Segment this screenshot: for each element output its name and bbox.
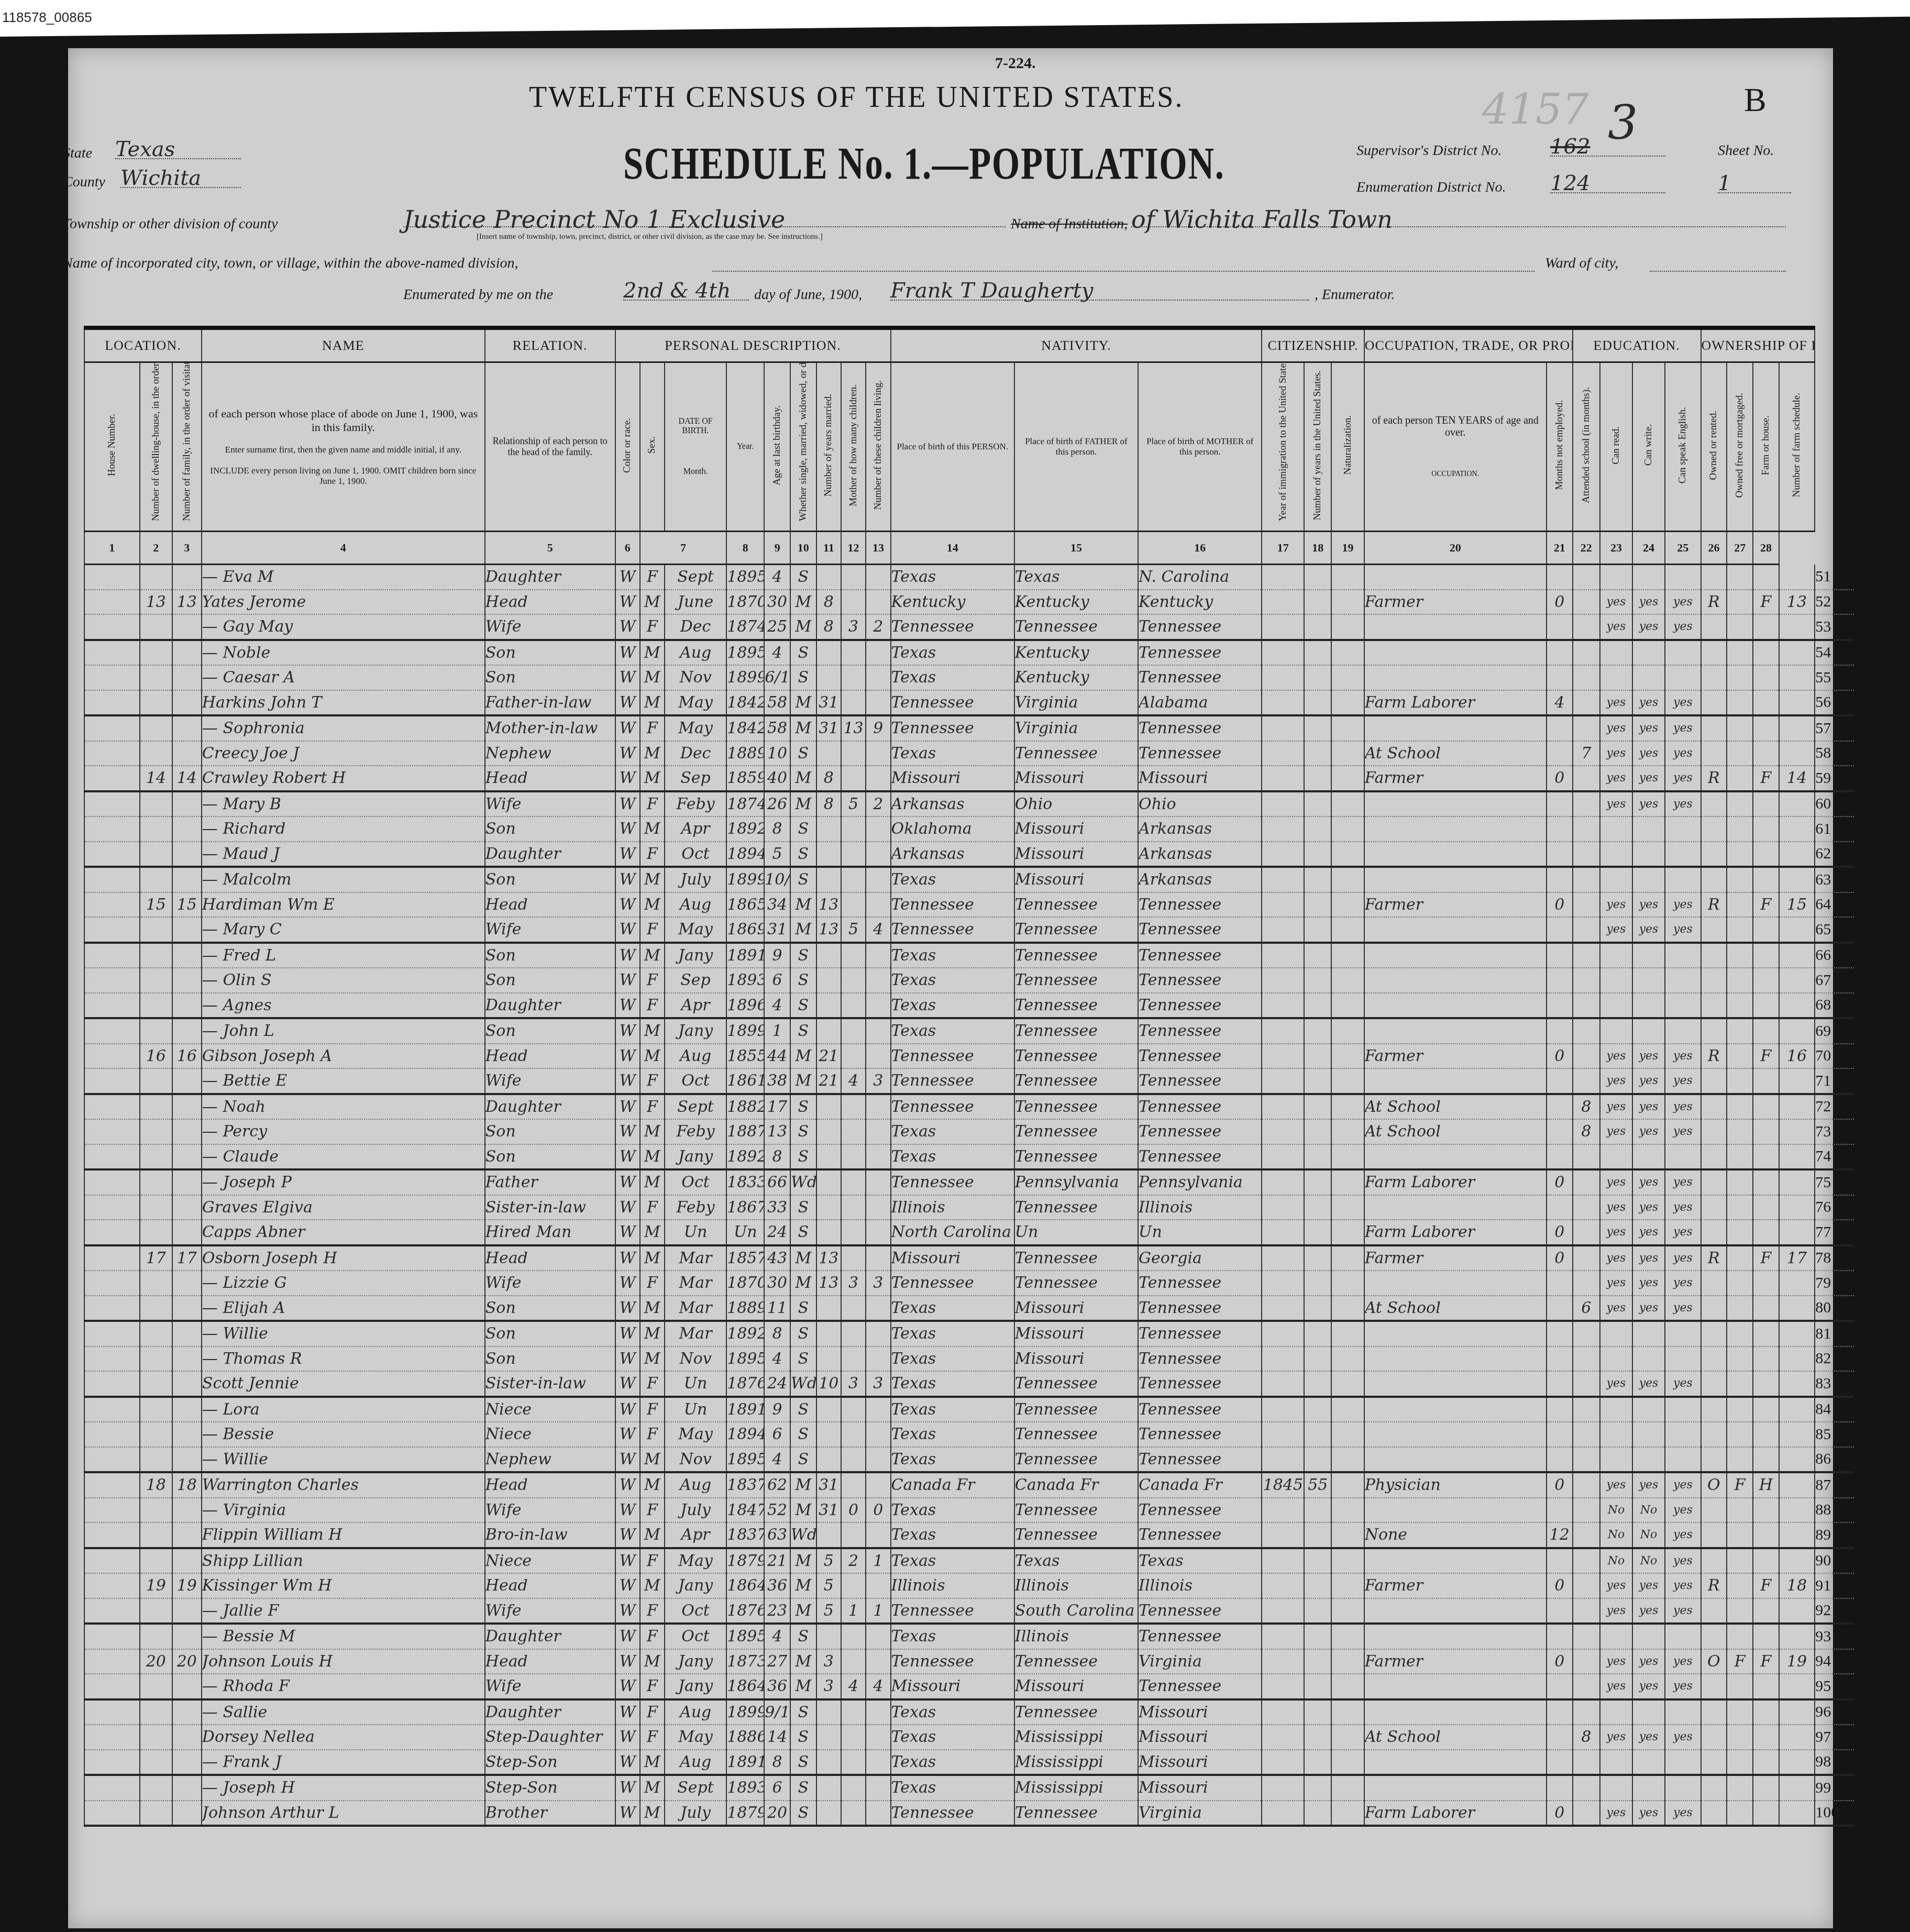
table-row: Creecy Joe JNephewWMDec188910STexasTenne… <box>84 741 1854 766</box>
cell-birth-mother: Tennessee <box>1138 1371 1262 1397</box>
county-field[interactable]: Wichita <box>120 166 241 188</box>
cell-mother-of <box>841 1346 866 1372</box>
cell-mother-of <box>841 968 866 993</box>
cell-write <box>1632 1397 1665 1422</box>
cell-mother-of <box>841 892 866 918</box>
cell-own <box>1701 565 1727 590</box>
cell-name: — Claude <box>202 1144 485 1170</box>
cell-natur <box>1331 1371 1364 1397</box>
cell-color: W <box>615 1750 640 1775</box>
cell-living <box>866 867 890 892</box>
cell-farm-no <box>1779 640 1815 666</box>
cell-marital: M <box>790 1044 816 1069</box>
cell-living <box>866 1245 890 1271</box>
cell-own <box>1701 1801 1727 1826</box>
cell-mother-of <box>841 1422 866 1447</box>
cell-name: — Jallie F <box>202 1598 485 1624</box>
cell-yrs-married <box>816 1624 841 1649</box>
corner-letter: B <box>1744 81 1767 119</box>
cell-immig: 1845 <box>1262 1472 1304 1498</box>
cell-yrs-us <box>1304 1649 1331 1674</box>
cell-birth-mother: Tennessee <box>1138 1624 1262 1649</box>
cell-birth-father: Tennessee <box>1014 892 1138 918</box>
cell-farm-no <box>1779 1472 1815 1498</box>
line-number: 94 <box>1815 1649 1854 1674</box>
cell-marital: S <box>790 993 816 1019</box>
cell-school <box>1573 1750 1600 1775</box>
cell-birth-father: Mississippi <box>1014 1775 1138 1801</box>
cell-yrs-us <box>1304 1245 1331 1271</box>
cell-house <box>84 1725 140 1750</box>
cell-family <box>172 1346 202 1372</box>
cell-mother-of <box>841 1649 866 1674</box>
line-number: 56 <box>1815 690 1854 716</box>
cell-farm: F <box>1753 1649 1779 1674</box>
cell-read: yes <box>1600 614 1632 640</box>
cell-dwelling: 13 <box>140 590 172 615</box>
cell-year: 1894 <box>726 1422 764 1447</box>
cell-read <box>1600 1018 1632 1044</box>
cell-birth-mother: Missouri <box>1138 766 1262 791</box>
cell-occupation: At School <box>1364 1119 1547 1144</box>
cell-birth-mother: N. Carolina <box>1138 565 1262 590</box>
cell-yrs-us <box>1304 1068 1331 1094</box>
cell-yrs-married <box>816 1220 841 1245</box>
cell-occupation <box>1364 917 1547 943</box>
cell-month: Sept <box>665 1094 726 1120</box>
col-birth-father: Place of birth of FATHER of this person. <box>1014 362 1138 532</box>
cell-unemployed <box>1547 741 1573 766</box>
cell-unemployed: 0 <box>1547 1649 1573 1674</box>
cell-birth-father: Texas <box>1014 1548 1138 1574</box>
cell-age: 24 <box>764 1371 790 1397</box>
cell-birth-mother: Tennessee <box>1138 640 1262 666</box>
cell-month: May <box>665 690 726 716</box>
cell-unemployed <box>1547 1296 1573 1321</box>
cell-farm <box>1753 1548 1779 1574</box>
cell-year: 1899 <box>726 665 764 690</box>
enumerated-days-field[interactable]: 2nd & 4th <box>623 279 749 301</box>
cell-read: yes <box>1600 1649 1632 1674</box>
cell-sex: M <box>640 1220 665 1245</box>
cell-farm <box>1753 1321 1779 1346</box>
cell-color: W <box>615 1220 640 1245</box>
cell-month: Apr <box>665 816 726 842</box>
cell-farm <box>1753 842 1779 867</box>
cell-write <box>1632 1775 1665 1801</box>
table-row: 2020Johnson Louis HHeadWMJany187327M3Ten… <box>84 1649 1854 1674</box>
cell-family <box>172 565 202 590</box>
cell-birth-person: Illinois <box>891 1195 1014 1220</box>
cell-occupation <box>1364 816 1547 842</box>
cell-sex: M <box>640 1144 665 1170</box>
cell-sex: F <box>640 715 665 741</box>
cell-write: yes <box>1632 1674 1665 1699</box>
column-number: 14 <box>891 532 1014 565</box>
cell-natur <box>1331 1447 1364 1473</box>
cell-living: 9 <box>866 715 890 741</box>
cell-write: yes <box>1632 1044 1665 1069</box>
cell-year: 1899 <box>726 1699 764 1725</box>
cell-living <box>866 943 890 968</box>
cell-house <box>84 766 140 791</box>
col-birth-year: Year. <box>726 362 764 532</box>
cell-occupation: At School <box>1364 741 1547 766</box>
cell-yrs-married: 3 <box>816 1649 841 1674</box>
cell-age: 11 <box>764 1296 790 1321</box>
cell-name: — Thomas R <box>202 1346 485 1372</box>
cell-relation: Father-in-law <box>485 690 615 716</box>
cell-natur <box>1331 665 1364 690</box>
cell-own <box>1701 640 1727 666</box>
cell-birth-father: Virginia <box>1014 715 1138 741</box>
cell-yrs-us <box>1304 640 1331 666</box>
cell-mortgage <box>1727 590 1753 615</box>
cell-year: 1896 <box>726 993 764 1019</box>
cell-farm-no <box>1779 917 1815 943</box>
cell-read <box>1600 1321 1632 1346</box>
cell-color: W <box>615 1169 640 1195</box>
cell-birth-father: Tennessee <box>1014 1371 1138 1397</box>
cell-farm <box>1753 1725 1779 1750</box>
cell-yrs-married <box>816 968 841 993</box>
township-field[interactable]: Justice Precinct No 1 Exclusive <box>403 205 1006 227</box>
ward-field[interactable] <box>1650 250 1786 272</box>
cell-own <box>1701 943 1727 968</box>
cell-mother-of: 5 <box>841 917 866 943</box>
cell-yrs-us <box>1304 1321 1331 1346</box>
cell-relation: Son <box>485 665 615 690</box>
cell-birth-mother: Missouri <box>1138 1699 1262 1725</box>
cell-unemployed: 0 <box>1547 1220 1573 1245</box>
cell-month: Apr <box>665 1522 726 1548</box>
cell-read <box>1600 1750 1632 1775</box>
cell-dwelling <box>140 1321 172 1346</box>
city-field[interactable] <box>712 250 1534 272</box>
cell-farm-no <box>1779 1169 1815 1195</box>
cell-own <box>1701 917 1727 943</box>
cell-birth-father: Missouri <box>1014 1674 1138 1699</box>
cell-birth-mother: Tennessee <box>1138 1447 1262 1473</box>
cell-year: 1865 <box>726 892 764 918</box>
cell-own <box>1701 1422 1727 1447</box>
cell-marital: S <box>790 968 816 993</box>
cell-birth-mother: Kentucky <box>1138 590 1262 615</box>
cell-house <box>84 993 140 1019</box>
cell-mortgage <box>1727 1801 1753 1826</box>
cell-occupation <box>1364 1447 1547 1473</box>
cell-farm <box>1753 1296 1779 1321</box>
cell-relation: Step-Daughter <box>485 1725 615 1750</box>
table-row: — ClaudeSonWMJany18928STexasTennesseeTen… <box>84 1144 1854 1170</box>
cell-english <box>1665 867 1701 892</box>
cell-dwelling <box>140 1801 172 1826</box>
enumerator-name-field[interactable]: Frank T Daugherty <box>890 279 1309 301</box>
table-row: 1717Osborn Joseph HHeadWMMar185743M13Mis… <box>84 1245 1854 1271</box>
line-number: 87 <box>1815 1472 1854 1498</box>
cell-school <box>1573 1548 1600 1574</box>
cell-name: — Bettie E <box>202 1068 485 1094</box>
institution-field[interactable]: of Wichita Falls Town <box>1131 205 1786 227</box>
cell-birth-mother: Virginia <box>1138 1649 1262 1674</box>
cell-english: yes <box>1665 1573 1701 1598</box>
cell-month: May <box>665 1725 726 1750</box>
state-field[interactable]: Texas <box>115 137 241 159</box>
cell-write: yes <box>1632 1371 1665 1397</box>
cell-yrs-married: 13 <box>816 917 841 943</box>
cell-birth-person: Texas <box>891 1725 1014 1750</box>
cell-occupation <box>1364 1422 1547 1447</box>
cell-family <box>172 1725 202 1750</box>
cell-yrs-us <box>1304 1801 1331 1826</box>
line-number: 68 <box>1815 993 1854 1019</box>
cell-own <box>1701 1321 1727 1346</box>
cell-write <box>1632 1447 1665 1473</box>
cell-name: — Malcolm <box>202 867 485 892</box>
column-number: 7 <box>640 532 726 565</box>
cell-unemployed <box>1547 1750 1573 1775</box>
cell-yrs-us <box>1304 1750 1331 1775</box>
table-row: — WillieNephewWMNov18954STexasTennesseeT… <box>84 1447 1854 1473</box>
cell-yrs-married: 21 <box>816 1068 841 1094</box>
col-family: Number of family, in the order of visita… <box>172 362 202 532</box>
cell-mortgage <box>1727 1397 1753 1422</box>
cell-name: Shipp Lillian <box>202 1548 485 1574</box>
cell-read <box>1600 1447 1632 1473</box>
cell-name: — Mary B <box>202 791 485 817</box>
cell-month: Aug <box>665 1750 726 1775</box>
cell-marital: S <box>790 1725 816 1750</box>
line-number: 73 <box>1815 1119 1854 1144</box>
cell-relation: Daughter <box>485 565 615 590</box>
cell-year: 1899 <box>726 1018 764 1044</box>
cell-birth-person: Texas <box>891 640 1014 666</box>
sheet-field[interactable]: 1 <box>1718 171 1791 193</box>
cell-house <box>84 1548 140 1574</box>
cell-yrs-us <box>1304 1699 1331 1725</box>
cell-month: Oct <box>665 1169 726 1195</box>
cell-birth-person: Texas <box>891 1018 1014 1044</box>
cell-immig <box>1262 1271 1304 1296</box>
cell-mortgage <box>1727 565 1753 590</box>
cell-relation: Head <box>485 1573 615 1598</box>
cell-write: No <box>1632 1498 1665 1523</box>
cell-birth-person: Texas <box>891 1750 1014 1775</box>
cell-yrs-us <box>1304 715 1331 741</box>
cell-natur <box>1331 1649 1364 1674</box>
cell-month: Feby <box>665 1195 726 1220</box>
cell-english: yes <box>1665 1725 1701 1750</box>
cell-yrs-married <box>816 842 841 867</box>
cell-dwelling <box>140 1296 172 1321</box>
cell-marital: S <box>790 1144 816 1170</box>
cell-relation: Son <box>485 968 615 993</box>
table-row: — Bettie EWifeWFOct186138M2143TennesseeT… <box>84 1068 1854 1094</box>
cell-birth-mother: Ohio <box>1138 791 1262 817</box>
cell-occupation <box>1364 1775 1547 1801</box>
cell-living <box>866 1447 890 1473</box>
cell-year: 1892 <box>726 1144 764 1170</box>
cell-natur <box>1331 1573 1364 1598</box>
cell-marital: M <box>790 892 816 918</box>
cell-school <box>1573 1371 1600 1397</box>
cell-english: yes <box>1665 690 1701 716</box>
cell-birth-father: Tennessee <box>1014 1044 1138 1069</box>
cell-english <box>1665 565 1701 590</box>
cell-relation: Son <box>485 1321 615 1346</box>
cell-birth-mother: Arkansas <box>1138 867 1262 892</box>
cell-unemployed <box>1547 1068 1573 1094</box>
cell-birth-person: Canada Fr <box>891 1472 1014 1498</box>
cell-house <box>84 1346 140 1372</box>
cell-house <box>84 1119 140 1144</box>
cell-yrs-married: 13 <box>816 892 841 918</box>
cell-yrs-us <box>1304 1018 1331 1044</box>
cell-name: — Rhoda F <box>202 1674 485 1699</box>
cell-living <box>866 1725 890 1750</box>
enumeration-field[interactable]: 124 <box>1550 171 1665 193</box>
cell-write: yes <box>1632 892 1665 918</box>
cell-year: 1895 <box>726 1624 764 1649</box>
cell-yrs-us <box>1304 867 1331 892</box>
cell-dwelling <box>140 1371 172 1397</box>
cell-yrs-us <box>1304 1498 1331 1523</box>
cell-farm <box>1753 1801 1779 1826</box>
cell-yrs-us <box>1304 1144 1331 1170</box>
line-number: 63 <box>1815 867 1854 892</box>
table-row: — BessieNieceWFMay18946STexasTennesseeTe… <box>84 1422 1854 1447</box>
supervisor-field[interactable]: 162 <box>1550 135 1665 157</box>
cell-color: W <box>615 892 640 918</box>
cell-school <box>1573 943 1600 968</box>
cell-house <box>84 867 140 892</box>
cell-name: — Willie <box>202 1447 485 1473</box>
cell-own <box>1701 1371 1727 1397</box>
cell-dwelling <box>140 842 172 867</box>
table-row: — Joseph HStep-SonWMSept18936STexasMissi… <box>84 1775 1854 1801</box>
cell-birth-father: Missouri <box>1014 816 1138 842</box>
cell-year: 1837 <box>726 1522 764 1548</box>
cell-year: 1891 <box>726 1750 764 1775</box>
cell-unemployed: 0 <box>1547 1573 1573 1598</box>
table-row: — AgnesDaughterWFApr18964STexasTennessee… <box>84 993 1854 1019</box>
column-number: 26 <box>1701 532 1727 565</box>
cell-occupation: Farm Laborer <box>1364 690 1547 716</box>
table-row: — Olin SSonWFSep18936STexasTennesseeTenn… <box>84 968 1854 993</box>
cell-birth-person: Tennessee <box>891 892 1014 918</box>
table-row: — SallieDaughterWFAug18999/12STexasTenne… <box>84 1699 1854 1725</box>
cell-age: 62 <box>764 1472 790 1498</box>
cell-dwelling <box>140 665 172 690</box>
cell-immig <box>1262 1068 1304 1094</box>
cell-marital: M <box>790 1498 816 1523</box>
cell-birth-father: Tennessee <box>1014 1068 1138 1094</box>
cell-occupation <box>1364 614 1547 640</box>
pencil-mark: 4157 <box>1482 85 1589 134</box>
cell-unemployed <box>1547 1422 1573 1447</box>
cell-name: — Bessie <box>202 1422 485 1447</box>
cell-house <box>84 1094 140 1120</box>
cell-house <box>84 968 140 993</box>
cell-farm-no <box>1779 1725 1815 1750</box>
cell-natur <box>1331 1321 1364 1346</box>
cell-read: yes <box>1600 1371 1632 1397</box>
cell-own <box>1701 1775 1727 1801</box>
cell-own <box>1701 1750 1727 1775</box>
table-row: 1616Gibson Joseph AHeadWMAug185544M21Ten… <box>84 1044 1854 1069</box>
cell-mother-of: 2 <box>841 1548 866 1574</box>
cell-write <box>1632 665 1665 690</box>
cell-marital: M <box>790 690 816 716</box>
cell-immig <box>1262 867 1304 892</box>
cell-school <box>1573 1346 1600 1372</box>
cell-yrs-married: 8 <box>816 590 841 615</box>
cell-own <box>1701 665 1727 690</box>
cell-year: 1889 <box>726 1296 764 1321</box>
cell-occupation <box>1364 968 1547 993</box>
cell-name: Creecy Joe J <box>202 741 485 766</box>
cell-farm-no <box>1779 1144 1815 1170</box>
col-birth-mother: Place of birth of MOTHER of this person. <box>1138 362 1262 532</box>
cell-read <box>1600 1397 1632 1422</box>
cell-dwelling: 17 <box>140 1245 172 1271</box>
cell-house <box>84 943 140 968</box>
cell-relation: Nephew <box>485 1447 615 1473</box>
cell-mother-of: 13 <box>841 715 866 741</box>
cell-yrs-married <box>816 1321 841 1346</box>
cell-marital: M <box>790 614 816 640</box>
cell-read: yes <box>1600 1472 1632 1498</box>
cell-color: W <box>615 1144 640 1170</box>
cell-year: 1882 <box>726 1094 764 1120</box>
cell-mother-of: 3 <box>841 1371 866 1397</box>
col-group-ownership: OWNERSHIP OF HOME. <box>1701 328 1815 362</box>
cell-english: yes <box>1665 1472 1701 1498</box>
cell-own <box>1701 1094 1727 1120</box>
cell-english: yes <box>1665 1674 1701 1699</box>
cell-age: 8 <box>764 1144 790 1170</box>
cell-immig <box>1262 842 1304 867</box>
cell-immig <box>1262 1119 1304 1144</box>
cell-yrs-us <box>1304 690 1331 716</box>
cell-dwelling <box>140 1271 172 1296</box>
cell-english: yes <box>1665 1068 1701 1094</box>
cell-relation: Step-Son <box>485 1750 615 1775</box>
cell-read <box>1600 565 1632 590</box>
cell-mortgage <box>1727 867 1753 892</box>
cell-family <box>172 1296 202 1321</box>
cell-year: 1869 <box>726 917 764 943</box>
cell-birth-mother: Tennessee <box>1138 614 1262 640</box>
cell-birth-mother: Tennessee <box>1138 892 1262 918</box>
table-row: Flippin William HBro-in-lawWMApr183763Wd… <box>84 1522 1854 1548</box>
cell-house <box>84 1271 140 1296</box>
cell-birth-person: Texas <box>891 1119 1014 1144</box>
cell-own: R <box>1701 1245 1727 1271</box>
cell-house <box>84 614 140 640</box>
cell-mortgage <box>1727 1573 1753 1598</box>
cell-birth-father: Mississippi <box>1014 1725 1138 1750</box>
cell-own: R <box>1701 590 1727 615</box>
cell-age: 10 <box>764 741 790 766</box>
cell-color: W <box>615 1649 640 1674</box>
table-row: 1313Yates JeromeHeadWMJune187030M8Kentuc… <box>84 590 1854 615</box>
line-number: 53 <box>1815 614 1854 640</box>
cell-farm <box>1753 665 1779 690</box>
cell-mother-of: 3 <box>841 1271 866 1296</box>
cell-write <box>1632 1321 1665 1346</box>
cell-relation: Wife <box>485 917 615 943</box>
